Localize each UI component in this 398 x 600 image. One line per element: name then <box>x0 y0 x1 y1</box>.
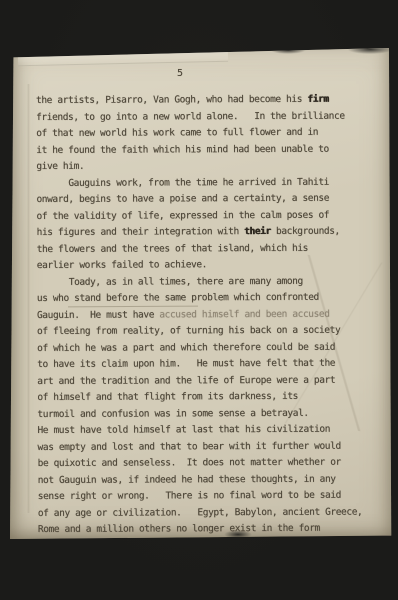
line-text: his figures and their integration with <box>37 226 245 238</box>
typewritten-line: was empty and lost and that to bear with… <box>38 438 363 456</box>
typewritten-line: turmoil and confusion was in some sense … <box>37 405 362 423</box>
typewritten-line: earlier works failed to achieve. <box>37 257 362 275</box>
typewritten-line: onward, begins to have a poise and a cer… <box>36 191 361 209</box>
overstruck-word: firm <box>307 94 328 105</box>
paper-sheet: 5 the artists, Pisarro, Van Gogh, who ha… <box>10 48 392 539</box>
typewritten-line: give him. <box>36 158 361 176</box>
crease-left <box>27 84 30 513</box>
typewritten-line: of that new world his work came to full … <box>36 125 361 143</box>
typewritten-line: the flowers and the trees of that island… <box>37 240 362 258</box>
typewritten-line: to have its claim upon him. He must have… <box>37 356 362 374</box>
typewritten-line: the artists, Pisarro, Van Gogh, who had … <box>36 92 361 110</box>
line-text: Gauguins work, from the time he arrived … <box>36 176 329 188</box>
line-text: onward, begins to have a poise and a cer… <box>36 193 329 205</box>
line-text: of any age or civilization. Egypt, Babyl… <box>38 506 363 518</box>
line-text: of fleeing from reality, of turning his … <box>37 325 340 337</box>
line-text: He must have told himself at last that h… <box>37 424 330 436</box>
typewritten-line: of which he was a part and which therefo… <box>37 339 362 357</box>
line-text: art and the tradition and the life of Eu… <box>37 374 335 386</box>
typewritten-line: it he found the faith which his mind had… <box>36 141 361 159</box>
typewritten-line: Gauguin. He must have accused himself an… <box>37 306 362 324</box>
typewritten-line: Toady, as in all times, there are many a… <box>37 273 362 291</box>
line-text: of that new world his work came to full … <box>36 127 318 139</box>
line-text: to have its claim upon him. He must have… <box>37 358 335 370</box>
typewritten-line: art and the tradition and the life of Eu… <box>37 372 362 390</box>
overstruck-word: their <box>244 226 271 237</box>
line-text: Toady, as in all times, there are many a… <box>37 275 303 287</box>
line-text: of which he was a part and which therefo… <box>37 341 335 353</box>
line-text: friends, to go into a new world alone. I… <box>36 110 345 122</box>
line-text: earlier works failed to achieve. <box>37 259 207 271</box>
line-text: turmoil and confusion was in some sense … <box>37 407 308 419</box>
line-text: the artists, Pisarro, Van Gogh, who had … <box>36 94 307 106</box>
line-text: Gauguin. He must have <box>37 309 159 321</box>
line-text: us who stand before the same problem whi… <box>37 292 319 304</box>
typewritten-lines: the artists, Pisarro, Van Gogh, who had … <box>36 92 362 539</box>
fold-crease-top <box>18 50 228 66</box>
typewritten-line: He must have told himself at last that h… <box>37 422 362 440</box>
typewritten-line: Rome and a million others no longer exis… <box>38 521 363 539</box>
typewritten-line: us who stand before the same problem whi… <box>37 290 362 308</box>
typewritten-line: of himself and that flight from its dark… <box>37 389 362 407</box>
line-text: of the validity of life, expressed in th… <box>37 209 330 221</box>
typewritten-line: not Gauguin was, if indeed he had these … <box>38 471 363 489</box>
faint-text: accused himself and been accused <box>159 308 329 320</box>
line-text: sense right or wrong. There is no final … <box>38 490 341 502</box>
line-text: the flowers and the trees of that island… <box>37 242 308 254</box>
typewritten-line: be quixotic and senseless. It does not m… <box>38 455 363 473</box>
scan-background: { "page": { "page_number": "5", "colors"… <box>0 0 398 600</box>
line-text: was empty and lost and that to bear with… <box>38 440 341 452</box>
typewritten-line: sense right or wrong. There is no final … <box>38 488 363 506</box>
line-text: of himself and that flight from its dark… <box>37 391 298 403</box>
typewritten-line: Gauguins work, from the time he arrived … <box>36 174 361 192</box>
line-text: it he found the faith which his mind had… <box>36 143 329 155</box>
typewritten-line: of fleeing from reality, of turning his … <box>37 323 362 341</box>
smudge-top-edge <box>270 46 306 54</box>
line-text: be quixotic and senseless. It does not m… <box>38 457 341 469</box>
line-text: backgrounds, <box>271 226 340 237</box>
document-scan: 5 the artists, Pisarro, Van Gogh, who ha… <box>0 0 398 600</box>
line-text: Rome and a million others no longer exis… <box>38 523 320 535</box>
typewritten-line: friends, to go into a new world alone. I… <box>36 108 361 126</box>
typewritten-line: his figures and their integration with t… <box>37 224 362 242</box>
smudge-top-right-edge <box>348 45 392 54</box>
typewritten-line: of any age or civilization. Egypt, Babyl… <box>38 504 363 522</box>
page-number: 5 <box>177 68 183 79</box>
typewritten-line: of the validity of life, expressed in th… <box>37 207 362 225</box>
line-text: give him. <box>36 161 84 172</box>
line-text: not Gauguin was, if indeed he had these … <box>38 473 336 485</box>
